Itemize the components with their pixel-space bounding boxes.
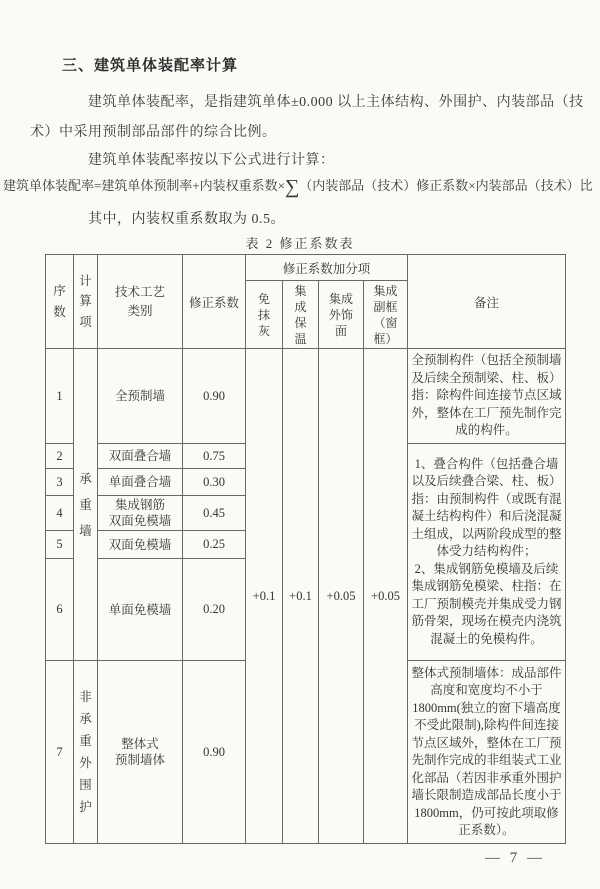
cell-coefficient: 0.90 (183, 349, 246, 444)
section-heading: 三、建筑单体装配率计算 (62, 54, 238, 75)
cell-bonus-exterior-finish: +0.05 (319, 349, 364, 844)
cell-coefficient: 0.75 (183, 444, 246, 469)
col-header-coefficient: 修正系数 (183, 255, 246, 349)
cell-tech: 单面免模墙 (98, 559, 183, 661)
cell-seq: 6 (46, 559, 74, 661)
col-header-bonus-subframe: 集成副框（窗框） (364, 281, 408, 349)
remark-paragraph-2: 2、集成钢筋免模墙及后续集成钢筋免模梁、柱指：在工厂预制模壳并集成受力钢筋骨架，… (410, 561, 563, 649)
cell-seq: 4 (46, 496, 74, 531)
formula-left: 建筑单体装配率=建筑单体预制率+内装权重系数× (3, 178, 285, 193)
cell-seq: 7 (46, 661, 74, 844)
cell-coefficient: 0.45 (183, 496, 246, 531)
cell-bonus-subframe: +0.05 (364, 349, 408, 844)
cell-remark-row7: 整体式预制墙体：成品部件高度和宽度均不小于1800mm(独立的窗下墙高度不受此限… (408, 661, 566, 844)
cell-tech: 双面免模墙 (98, 531, 183, 559)
cell-coefficient: 0.25 (183, 531, 246, 559)
cell-tech: 双面叠合墙 (98, 444, 183, 469)
cell-tech: 全预制墙 (98, 349, 183, 444)
formula-intro: 建筑单体装配率按以下公式进行计算： (88, 149, 335, 169)
cell-bonus-plaster-free: +0.1 (246, 349, 283, 844)
cell-tech: 单面叠合墙 (98, 469, 183, 496)
cell-coefficient: 0.90 (183, 661, 246, 844)
col-header-bonus-exterior-finish: 集成外饰面 (319, 281, 364, 349)
col-header-bonus-group: 修正系数加分项 (246, 255, 408, 281)
cell-remark-rows2-6: 1、叠合构件（包括叠合墙以及后续叠合梁、柱、板）指：由预制构件（或既有混凝土结构… (408, 444, 566, 661)
cell-tech: 集成钢筋 双面免模墙 (98, 496, 183, 531)
definition-paragraph-line2: 术）中采用预制部品部件的综合比例。 (30, 121, 277, 141)
col-header-tech-category: 技术工艺类别 (98, 255, 183, 349)
cell-coefficient: 0.30 (183, 469, 246, 496)
cell-seq: 1 (46, 349, 74, 444)
cell-tech: 整体式 预制墙体 (98, 661, 183, 844)
col-header-bonus-integrated-insulation: 集成保温 (283, 281, 319, 349)
remark-paragraph-1: 1、叠合构件（包括叠合墙以及后续叠合梁、柱、板）指：由预制构件（或既有混凝土结构… (410, 456, 563, 561)
page-number: — 7 — (0, 850, 545, 867)
cell-bonus-integrated-insulation: +0.1 (283, 349, 319, 844)
cell-coefficient: 0.20 (183, 559, 246, 661)
definition-paragraph-line1: 建筑单体装配率，是指建筑单体±0.000 以上主体结构、外围护、内装部品（技 (88, 91, 584, 111)
header-row-top: 序数 计算项 技术工艺类别 修正系数 修正系数加分项 备注 (46, 255, 566, 281)
cell-remark-row1: 全预制构件（包括全预制墙及后续全预制梁、柱、板）指：除构件间连接节点区域外，整体… (408, 349, 566, 444)
scanned-document-page: 三、建筑单体装配率计算 建筑单体装配率，是指建筑单体±0.000 以上主体结构、… (0, 0, 600, 889)
doc-page: { "page": { "heading": "三、建筑单体装配率计算", "d… (0, 0, 600, 889)
cell-seq: 3 (46, 469, 74, 496)
table-caption: 表 2 修正系数表 (0, 233, 600, 252)
sigma-symbol: ∑ (285, 176, 299, 198)
correction-coefficient-table: 序数 计算项 技术工艺类别 修正系数 修正系数加分项 备注 免抹灰 集成保温 集… (45, 254, 566, 844)
cell-calc-item-non-loadbearing-envelope: 非承重外围护 (74, 661, 98, 844)
cell-seq: 2 (46, 444, 74, 469)
col-header-calc-item: 计算项 (74, 255, 98, 349)
weight-coefficient-note: 其中，内装权重系数取为 0.5。 (88, 208, 285, 228)
assembly-rate-formula: 建筑单体装配率=建筑单体预制率+内装权重系数×∑（内装部品（技术）修正系数×内装… (3, 175, 593, 198)
formula-right: （内装部品（技术）修正系数×内装部品（技术）比 (299, 178, 592, 193)
col-header-remarks: 备注 (408, 255, 566, 349)
cell-calc-item-loadbearing-wall: 承重墙 (74, 349, 98, 661)
col-header-seq: 序数 (46, 255, 74, 349)
col-header-bonus-plaster-free: 免抹灰 (246, 281, 283, 349)
cell-seq: 5 (46, 531, 74, 559)
table-row: 1 承重墙 全预制墙 0.90 +0.1 +0.1 +0.05 +0.05 全预… (46, 349, 566, 444)
